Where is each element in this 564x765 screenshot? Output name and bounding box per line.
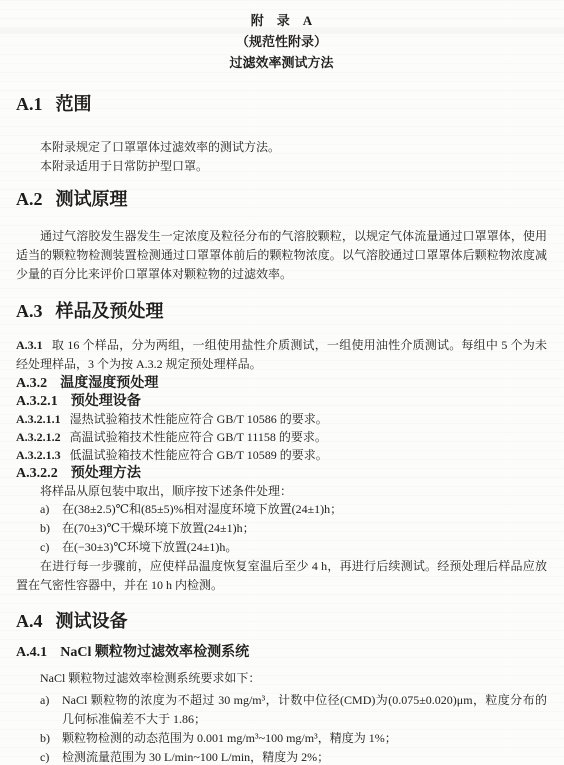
condition-list: a) 在(38±2.5)℃和(85±5)%相对湿度环境下放置(24±1)h； b…: [16, 500, 547, 557]
clause-text: 取 16 个样品，分为两组，一组使用盐性介质测试，一组使用油性介质测试。每组中 …: [16, 338, 547, 371]
document-page: 附 录 A （规范性附录） 过滤效率测试方法 A.1范围 本附录规定了口罩罩体过…: [0, 0, 564, 765]
clause-title: 预处理设备: [71, 393, 141, 409]
list-item-text: 在(38±2.5)℃和(85±5)%相对湿度环境下放置(24±1)h；: [62, 500, 547, 519]
clause-title: 测试设备: [56, 611, 128, 631]
section-a4-heading: A.4测试设备: [16, 612, 547, 631]
clause-text: 湿热试验箱技术性能应符合 GB/T 10586 的要求。: [70, 412, 328, 426]
appendix-subtitle: （规范性附录）: [16, 31, 547, 52]
list-item: b) 颗粒物检测的动态范围为 0.001 mg/m³~100 mg/m³，精度为…: [40, 729, 547, 748]
clause-title: 测试原理: [56, 189, 128, 209]
list-item-text: 颗粒物检测的动态范围为 0.001 mg/m³~100 mg/m³，精度为 1%…: [62, 729, 547, 748]
clause-number: A.3.2.1.3: [16, 448, 61, 462]
clause-number: A.4: [16, 611, 43, 631]
section-a2-heading: A.2测试原理: [16, 190, 547, 209]
list-item: b) 在(70±3)℃干燥环境下放置(24±1)h；: [40, 519, 547, 538]
requirement-list: a) NaCl 颗粒物的浓度为不超过 30 mg/m³，计数中位径(CMD)为(…: [16, 691, 547, 765]
section-a1-heading: A.1范围: [16, 95, 547, 114]
section-a1-body: 本附录规定了口罩罩体过滤效率的测试方法。 本附录适用于日常防护型口罩。: [16, 138, 547, 176]
appendix-title: 附 录 A: [16, 10, 547, 31]
clause-number: A.1: [16, 94, 43, 114]
list-item-text: NaCl 颗粒物的浓度为不超过 30 mg/m³，计数中位径(CMD)为(0.0…: [62, 691, 547, 729]
section-a3-heading: A.3样品及预处理: [16, 302, 547, 321]
clause-text: 高温试验箱技术性能应符合 GB/T 11158 的要求。: [70, 430, 327, 444]
clause-a32-heading: A.3.2温度湿度预处理: [16, 374, 547, 392]
clause-text: 低温试验箱技术性能应符合 GB/T 10589 的要求。: [70, 448, 328, 462]
clause-a3211: A.3.2.1.1湿热试验箱技术性能应符合 GB/T 10586 的要求。: [16, 410, 547, 428]
paragraph: 将样品从原包装中取出，顺序按下述条件处理：: [16, 482, 547, 500]
list-item-label: b): [40, 519, 62, 538]
list-item-label: c): [40, 748, 62, 765]
clause-a41-heading: A.4.1NaCl 颗粒物过滤效率检测系统: [16, 643, 547, 662]
clause-number: A.3.2.1: [16, 393, 58, 409]
clause-a3212: A.3.2.1.2高温试验箱技术性能应符合 GB/T 11158 的要求。: [16, 428, 547, 446]
clause-title: 温度湿度预处理: [60, 375, 158, 391]
clause-a31: A.3.1取 16 个样品，分为两组，一组使用盐性介质测试，一组使用油性介质测试…: [16, 336, 547, 374]
appendix-name: 过滤效率测试方法: [16, 52, 547, 73]
clause-number: A.3: [16, 301, 43, 321]
clause-title: 预处理方法: [71, 465, 141, 481]
paragraph: 在进行每一步骤前，应使样品温度恢复室温后至少 4 h，再进行后续测试。经预处理后…: [16, 557, 547, 595]
list-item-label: a): [40, 691, 62, 729]
clause-number: A.3.2.1.2: [16, 430, 61, 444]
list-item: c) 在(−30±3)℃环境下放置(24±1)h。: [40, 538, 547, 557]
list-item-label: c): [40, 538, 62, 557]
clause-number: A.2: [16, 189, 43, 209]
clause-number: A.3.2.1.1: [16, 412, 61, 426]
paragraph: 通过气溶胶发生器发生一定浓度及粒径分布的气溶胶颗粒，以规定气体流量通过口罩罩体，…: [16, 227, 547, 284]
clause-a321-heading: A.3.2.1预处理设备: [16, 392, 547, 410]
clause-number: A.3.1: [16, 338, 43, 352]
clause-number: A.4.1: [16, 644, 47, 660]
clause-title: 范围: [56, 94, 92, 114]
clause-number: A.3.2: [16, 375, 47, 391]
list-item: a) NaCl 颗粒物的浓度为不超过 30 mg/m³，计数中位径(CMD)为(…: [40, 691, 547, 729]
appendix-title-block: 附 录 A （规范性附录） 过滤效率测试方法: [16, 0, 547, 73]
list-item-label: b): [40, 729, 62, 748]
clause-title: 样品及预处理: [56, 301, 164, 321]
list-item-text: 在(−30±3)℃环境下放置(24±1)h。: [62, 538, 547, 557]
clause-title: NaCl 颗粒物过滤效率检测系统: [60, 644, 249, 660]
clause-a322-heading: A.3.2.2预处理方法: [16, 464, 547, 482]
paragraph: 本附录规定了口罩罩体过滤效率的测试方法。: [16, 138, 547, 157]
list-item-text: 检测流量范围为 30 L/min~100 L/min，精度为 2%；: [62, 748, 547, 765]
clause-number: A.3.2.2: [16, 465, 58, 481]
clause-a3213: A.3.2.1.3低温试验箱技术性能应符合 GB/T 10589 的要求。: [16, 446, 547, 464]
list-item-text: 在(70±3)℃干燥环境下放置(24±1)h；: [62, 519, 547, 538]
list-item-label: a): [40, 500, 62, 519]
paragraph: NaCl 颗粒物过滤效率检测系统要求如下：: [16, 669, 547, 688]
list-item: a) 在(38±2.5)℃和(85±5)%相对湿度环境下放置(24±1)h；: [40, 500, 547, 519]
list-item: c) 检测流量范围为 30 L/min~100 L/min，精度为 2%；: [40, 748, 547, 765]
paragraph: 本附录适用于日常防护型口罩。: [16, 157, 547, 176]
